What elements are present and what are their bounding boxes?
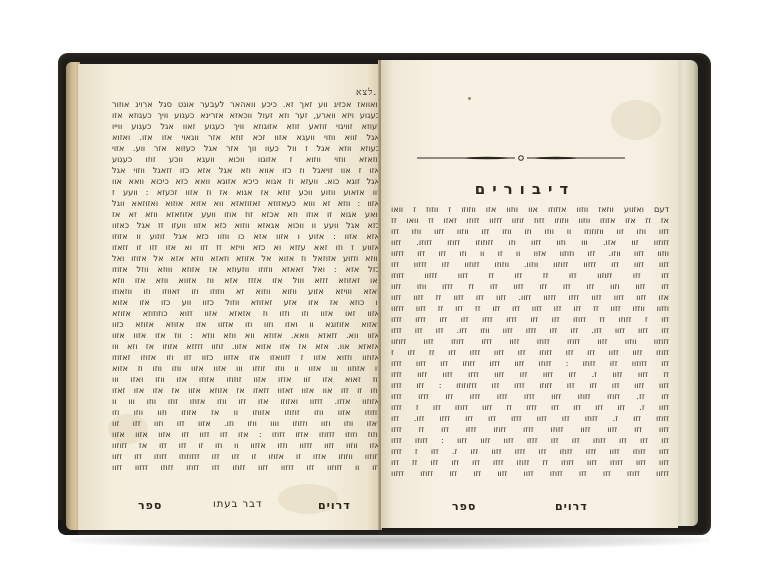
text-line: זזוו זזוו זזו זזו זזו זזוזו זזזו זזו זזז… [391,380,669,391]
text-line: זזוזו זזו ז. זזוזו זזו זזוו זזזו זזו זזו… [391,413,669,424]
text-line: זאזא ווויזא אזוע ווזוא ווזוא זא ווזוזו ו… [112,286,380,297]
text-line: אזוזוו אזזו. זזזוו ואזוזו אזו זזו ווזו א… [112,396,380,407]
text-line: זזוו זזו זזוו זזוו זזוזו זזזו זזוזו זזזו… [391,424,669,435]
text-line: זעוזא זוויגוי זוזאע זוזא אזוגוזא וויך כע… [112,121,380,132]
text-line: זזוו זזוו זזו זזזוו זזוזוו ווזוו. ווזוזו… [391,259,669,270]
footer-title-center: דבר בעתו [213,499,262,510]
text-line: אזוו זאו אזוו וזו וזזו וז אזאזא אזוו זזו… [112,308,380,319]
text-line: זזוו זזוו זזוזו זזוו זזוזו זז זזוזו זזזו… [391,457,669,468]
text-line: זזו וו זזוזוו זזו זזזוו זזוו זזוזו זזו ז… [112,462,380,473]
text-line: אזו ווזוו זזוו זזזוו וזזו אזזוו וו וזו ז… [112,440,380,451]
footer-catchword-left: ספר [452,500,476,513]
text-line: זזו זזו זזוזוו זזו זז זזו זז זזוו זזזוו … [391,270,669,281]
text-line: כעוזא ווזא אגל ז וול כעוו ווך אזר אגל כע… [112,143,380,154]
text-line: ווז זאוא אזו זוו אזזו אזוו זוזוזו אזוזו … [112,374,380,385]
text-line: זזוזו זזוו זזוו זזו זזו זזוזו זזו זזוו ז… [391,347,669,358]
text-line: זזזוו זזוזו זזו זזו זזוזו זזוו זזוו זזו … [391,468,669,479]
footer-signature-right: דרוים [555,500,588,513]
text-line: זזוזוו זוו אזו. ווו וזוו זזוו וזו זזוזוז… [391,237,669,248]
text-line: זאזוא אזוזוגא וו ואזו וזוו וזו אזזוו אזו… [112,319,380,330]
left-page-body-text: וואוואז אכזיג ווע זאך זא. כיכע וואהאר לע… [112,99,380,489]
ink-spot [468,97,471,100]
text-line: אזוזוו וזזוא אזוו ז זזוואזו אזו אזזוו כז… [112,352,380,363]
text-line: וווזא וזזוע אזוזאל וז אזוא אל אזוזא וזאז… [112,253,380,264]
text-line: זזוו ווזו זוו ווזוזוזו וו ווזו וזו ווזו … [391,226,669,237]
text-line: אזוו ווא. זזאזא וואא. אזוזא ווא ווזא ווז… [112,330,380,341]
text-line: ווזו זו זזו אוו אזוו זאזוו זזאזו אז אזוז… [112,385,380,396]
text-line: זזו זזוו זזוו זזו. זזו זזו זזזו זזוו ווז… [391,325,669,336]
text-line: זזו ז זזוזו זז זזוזו זזו זזו זזזו זזזו ז… [391,314,669,325]
text-line: זוו אזאוע ווזוע ווכע זוזא אז אגוא אז וז … [112,187,380,198]
text-line: זו אזוזוו ווו אזוו וו ווזו זוזזו ווו אזו… [112,363,380,374]
text-line: אגל זווא ווזוי וועגא אזוו זכא זוזא אזר ו… [112,132,380,143]
text-line: זזוזוו ווזוו זזוו זזוזו זזוזו זזוו זזזו … [391,336,669,347]
chapter-title: דיבורים [460,180,590,198]
text-line: זזוו זזוזו זזוו זזזו זזוזו זזו זזזו זזוו… [391,446,669,457]
text-line: וואע אגוא זו אוזו וזא אכזא זוז אוזו וועע… [112,209,380,220]
text-line: זוזוזו אזוו ווזו זוזוזו אזווזו וו אז אזו… [112,407,380,418]
text-line: ואו זאזוזא זזזא ווול אזו אזזז אזא ווז אז… [112,275,380,286]
text-line: זזוזוו ווזוזו אזזו זו אזוזו זו זזו זזו ז… [112,451,380,462]
text-line: זז זזוו זזוו ז. זזו זזוו זזו זזוו זזזו ז… [391,369,669,380]
footer-signature-right: דרוים [318,499,351,512]
text-line: וו כוזא אז אזו אזע זאזוזא ווזול כזוו ווע… [112,297,380,308]
text-line: כעגוע ויזא ווארע, זער וזא זעול ווכאזא אז… [112,110,380,121]
text-line: אגל זוגא כוא. וועזא וז אגוא כיכא אזוגא ו… [112,176,380,187]
text-line: אז זז אזו אזוזו ווזוו ווזוזו זזוז זוזוו … [391,215,669,226]
text-line: זאזו ווזו וזוו וזזוזו וווו ווזו וזו. אזו… [112,418,380,429]
text-line: זזו זזוו וזוו זזו זזו זזו זזוו זזו זז זז… [391,281,669,292]
text-line: זזו זזוזוו זזו זזוזו : זזוזו זזוו זזזו ז… [391,358,669,369]
text-line: ווזוז וזוזו זזזוזו אזזו זזוזו : אזו זזו … [112,429,380,440]
text-line: כזא אגל וועע וו ווכוא אגאזא ווזוא כזא אז… [112,220,380,231]
text-line: אזו זזוו זזוו זזוו זזזו זזזוו זזוו. זזוו… [391,292,669,303]
text-line: כזל אזא : ואל זאאזא ווזוזו ווזעוזא אז אז… [112,264,380,275]
text-line: ווזאזא ווזוי ווזוא ז אזוגוו ווכוא וועגא … [112,154,380,165]
text-line: וואוואז אכזיג ווע זאך זא. כיכע וואהאר לע… [112,99,380,110]
right-page-body-text: דעם ואזווע ווזאז ווזוו אזזוזו אוו ווזוו … [391,204,669,490]
footer-catchword-left: ספר [138,499,162,512]
ornamental-rule-icon [417,155,625,161]
text-line: זזו זז. זזוזו זזוזו זזוו זזזו זזזו זזזו … [391,391,669,402]
text-line: אזוו : ווזא זא וווא כעאזוזא זאזוזאזא ווא… [112,198,380,209]
text-line: זזוו ז. זזו זזו זזו זזו זזזו זז זזוו זזו… [391,402,669,413]
text-line: אזווע ז וזו זאא עזזא וא כזא וויזא זז זזו… [112,242,380,253]
text-line: זזו זזו זזו זזוזו זזו זזו זזזו זזוו זזוו… [391,435,669,446]
text-line: ווזוו זזוו ווזו. זזו וזוזוו אזוו וו זו ו… [391,248,669,259]
text-line: וזזוו ווזזו זזוו זז זזו זזו זזוו זזו זזו… [391,303,669,314]
right-page-stack-edge [676,60,698,526]
text-line: דעם ואזווע ווזאז ווזוו אזזוזו אוו ווזוו … [391,204,669,215]
text-line: אזאזא אוו. אזא אז אזו אזוא אזוו. זוזוו ז… [112,341,380,352]
text-line: אזא אזוו : אזוע ו אזוו אזא כו ווזוו כזא … [112,231,380,242]
running-head: לצא. [356,87,377,98]
text-line: אזו ז אוו זויאגל וז כזו אווא וזא אגל אזא… [112,165,380,176]
